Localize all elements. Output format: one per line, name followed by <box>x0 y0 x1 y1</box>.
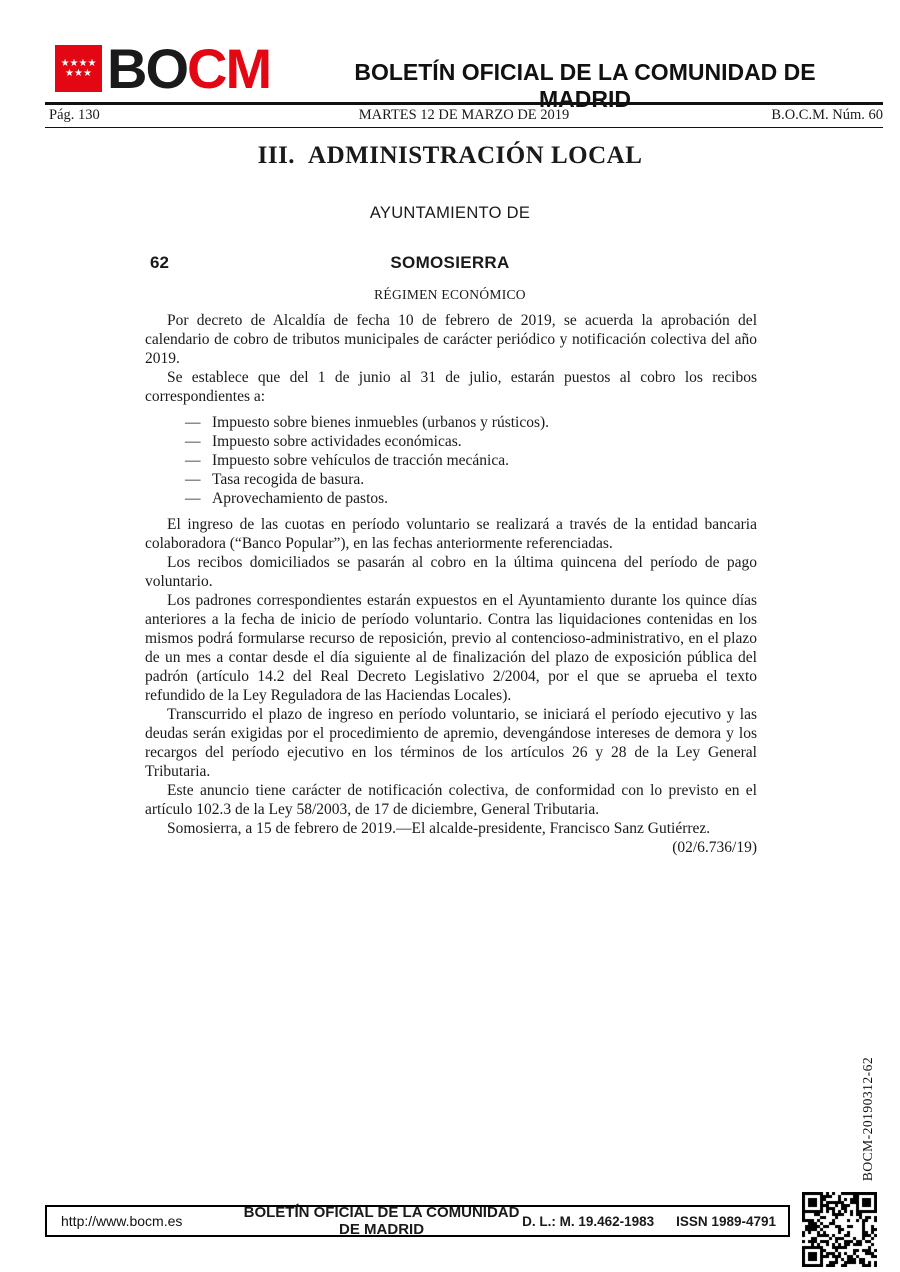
list-item-text: Impuesto sobre actividades económicas. <box>212 432 462 451</box>
announcement-body: Por decreto de Alcaldía de fecha 10 de f… <box>145 311 757 857</box>
issue-date: MARTES 12 DE MARZO DE 2019 <box>45 107 883 124</box>
issue-number: B.O.C.M. Núm. 60 <box>771 107 883 124</box>
issn-number: ISSN 1989-4791 <box>676 1214 776 1229</box>
municipality-heading: SOMOSIERRA <box>0 253 900 273</box>
paragraph: Transcurrido el plazo de ingreso en perí… <box>145 705 757 781</box>
paragraph: Los recibos domiciliados se pasarán al c… <box>145 553 757 591</box>
list-item-text: Impuesto sobre vehículos de tracción mec… <box>212 451 509 470</box>
qr-code-icon <box>802 1192 877 1267</box>
list-dash: — <box>185 470 212 489</box>
legal-deposit: D. L.: M. 19.462-1983 <box>522 1214 654 1229</box>
paragraph: Se establece que del 1 de junio al 31 de… <box>145 368 757 406</box>
section-title-text: ADMINISTRACIÓN LOCAL <box>308 142 642 170</box>
entity-heading: AYUNTAMIENTO DE <box>0 204 900 223</box>
footer-url-link[interactable]: http://www.bocm.es <box>61 1213 241 1229</box>
madrid-flag-icon: ★★★★ ★★★ <box>55 45 102 92</box>
section-title: III. ADMINISTRACIÓN LOCAL <box>0 142 900 170</box>
reference-number: (02/6.736/19) <box>145 838 757 857</box>
bocm-logo: ★★★★ ★★★ BOCM <box>55 45 270 92</box>
paragraph: Por decreto de Alcaldía de fecha 10 de f… <box>145 311 757 368</box>
list-item: — Aprovechamiento de pastos. <box>145 489 757 508</box>
section-roman-numeral: III. <box>258 142 295 170</box>
tax-list: — Impuesto sobre bienes inmuebles (urban… <box>145 413 757 508</box>
masthead-rule-thin <box>45 127 883 128</box>
subject-heading: RÉGIMEN ECONÓMICO <box>0 287 900 303</box>
list-item: — Impuesto sobre vehículos de tracción m… <box>145 451 757 470</box>
list-dash: — <box>185 432 212 451</box>
logo-cm: CM <box>187 37 270 100</box>
footer-title: BOLETÍN OFICIAL DE LA COMUNIDAD DE MADRI… <box>241 1204 522 1238</box>
footer-legal: D. L.: M. 19.462-1983 ISSN 1989-4791 <box>522 1214 776 1229</box>
page-info-row: MARTES 12 DE MARZO DE 2019 Pág. 130 B.O.… <box>45 107 883 125</box>
masthead-rule-thick <box>45 102 883 105</box>
list-item: — Impuesto sobre actividades económicas. <box>145 432 757 451</box>
signature-line: Somosierra, a 15 de febrero de 2019.—El … <box>145 819 757 838</box>
bulletin-page: ★★★★ ★★★ BOCM BOLETÍN OFICIAL DE LA COMU… <box>0 0 900 1272</box>
paragraph: Este anuncio tiene carácter de notificac… <box>145 781 757 819</box>
list-item-text: Aprovechamiento de pastos. <box>212 489 388 508</box>
list-dash: — <box>185 451 212 470</box>
list-item-text: Tasa recogida de basura. <box>212 470 364 489</box>
list-item: — Impuesto sobre bienes inmuebles (urban… <box>145 413 757 432</box>
vertical-document-id: BOCM-20190312-62 <box>860 1057 876 1181</box>
bocm-logo-wordmark: BOCM <box>107 45 270 92</box>
paragraph: El ingreso de las cuotas en período volu… <box>145 515 757 553</box>
list-item-text: Impuesto sobre bienes inmuebles (urbanos… <box>212 413 549 432</box>
list-item: — Tasa recogida de basura. <box>145 470 757 489</box>
footer-bar: http://www.bocm.es BOLETÍN OFICIAL DE LA… <box>45 1205 790 1237</box>
paragraph: Los padrones correspondientes estarán ex… <box>145 591 757 705</box>
list-dash: — <box>185 489 212 508</box>
page-number: Pág. 130 <box>49 107 100 124</box>
logo-bo: BO <box>107 37 187 100</box>
flag-stars-row-1: ★★★★ <box>61 59 97 69</box>
list-dash: — <box>185 413 212 432</box>
flag-stars-row-2: ★★★ <box>65 69 92 79</box>
